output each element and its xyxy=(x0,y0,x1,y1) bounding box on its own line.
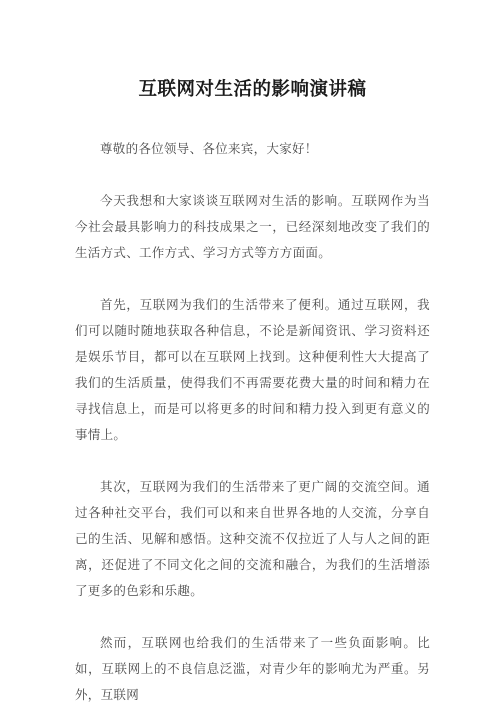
paragraph-negative-effects: 然而，互联网也给我们的生活带来了一些负面影响。比如，互联网上的不良信息泛滥，对青… xyxy=(75,630,430,702)
paragraph-intro: 今天我想和大家谈谈互联网对生活的影响。互联网作为当今社会最具影响力的科技成果之一… xyxy=(75,188,430,266)
paragraph-greeting: 尊敬的各位领导、各位来宾，大家好！ xyxy=(75,136,430,162)
paragraph-communication: 其次，互联网为我们的生活带来了更广阔的交流空间。通过各种社交平台，我们可以和来自… xyxy=(75,474,430,604)
document-page: 互联网对生活的影响演讲稿 尊敬的各位领导、各位来宾，大家好！ 今天我想和大家谈谈… xyxy=(0,0,496,702)
paragraph-convenience: 首先，互联网为我们的生活带来了便利。通过互联网，我们可以随时随地获取各种信息，不… xyxy=(75,292,430,448)
document-title: 互联网对生活的影响演讲稿 xyxy=(75,76,430,104)
